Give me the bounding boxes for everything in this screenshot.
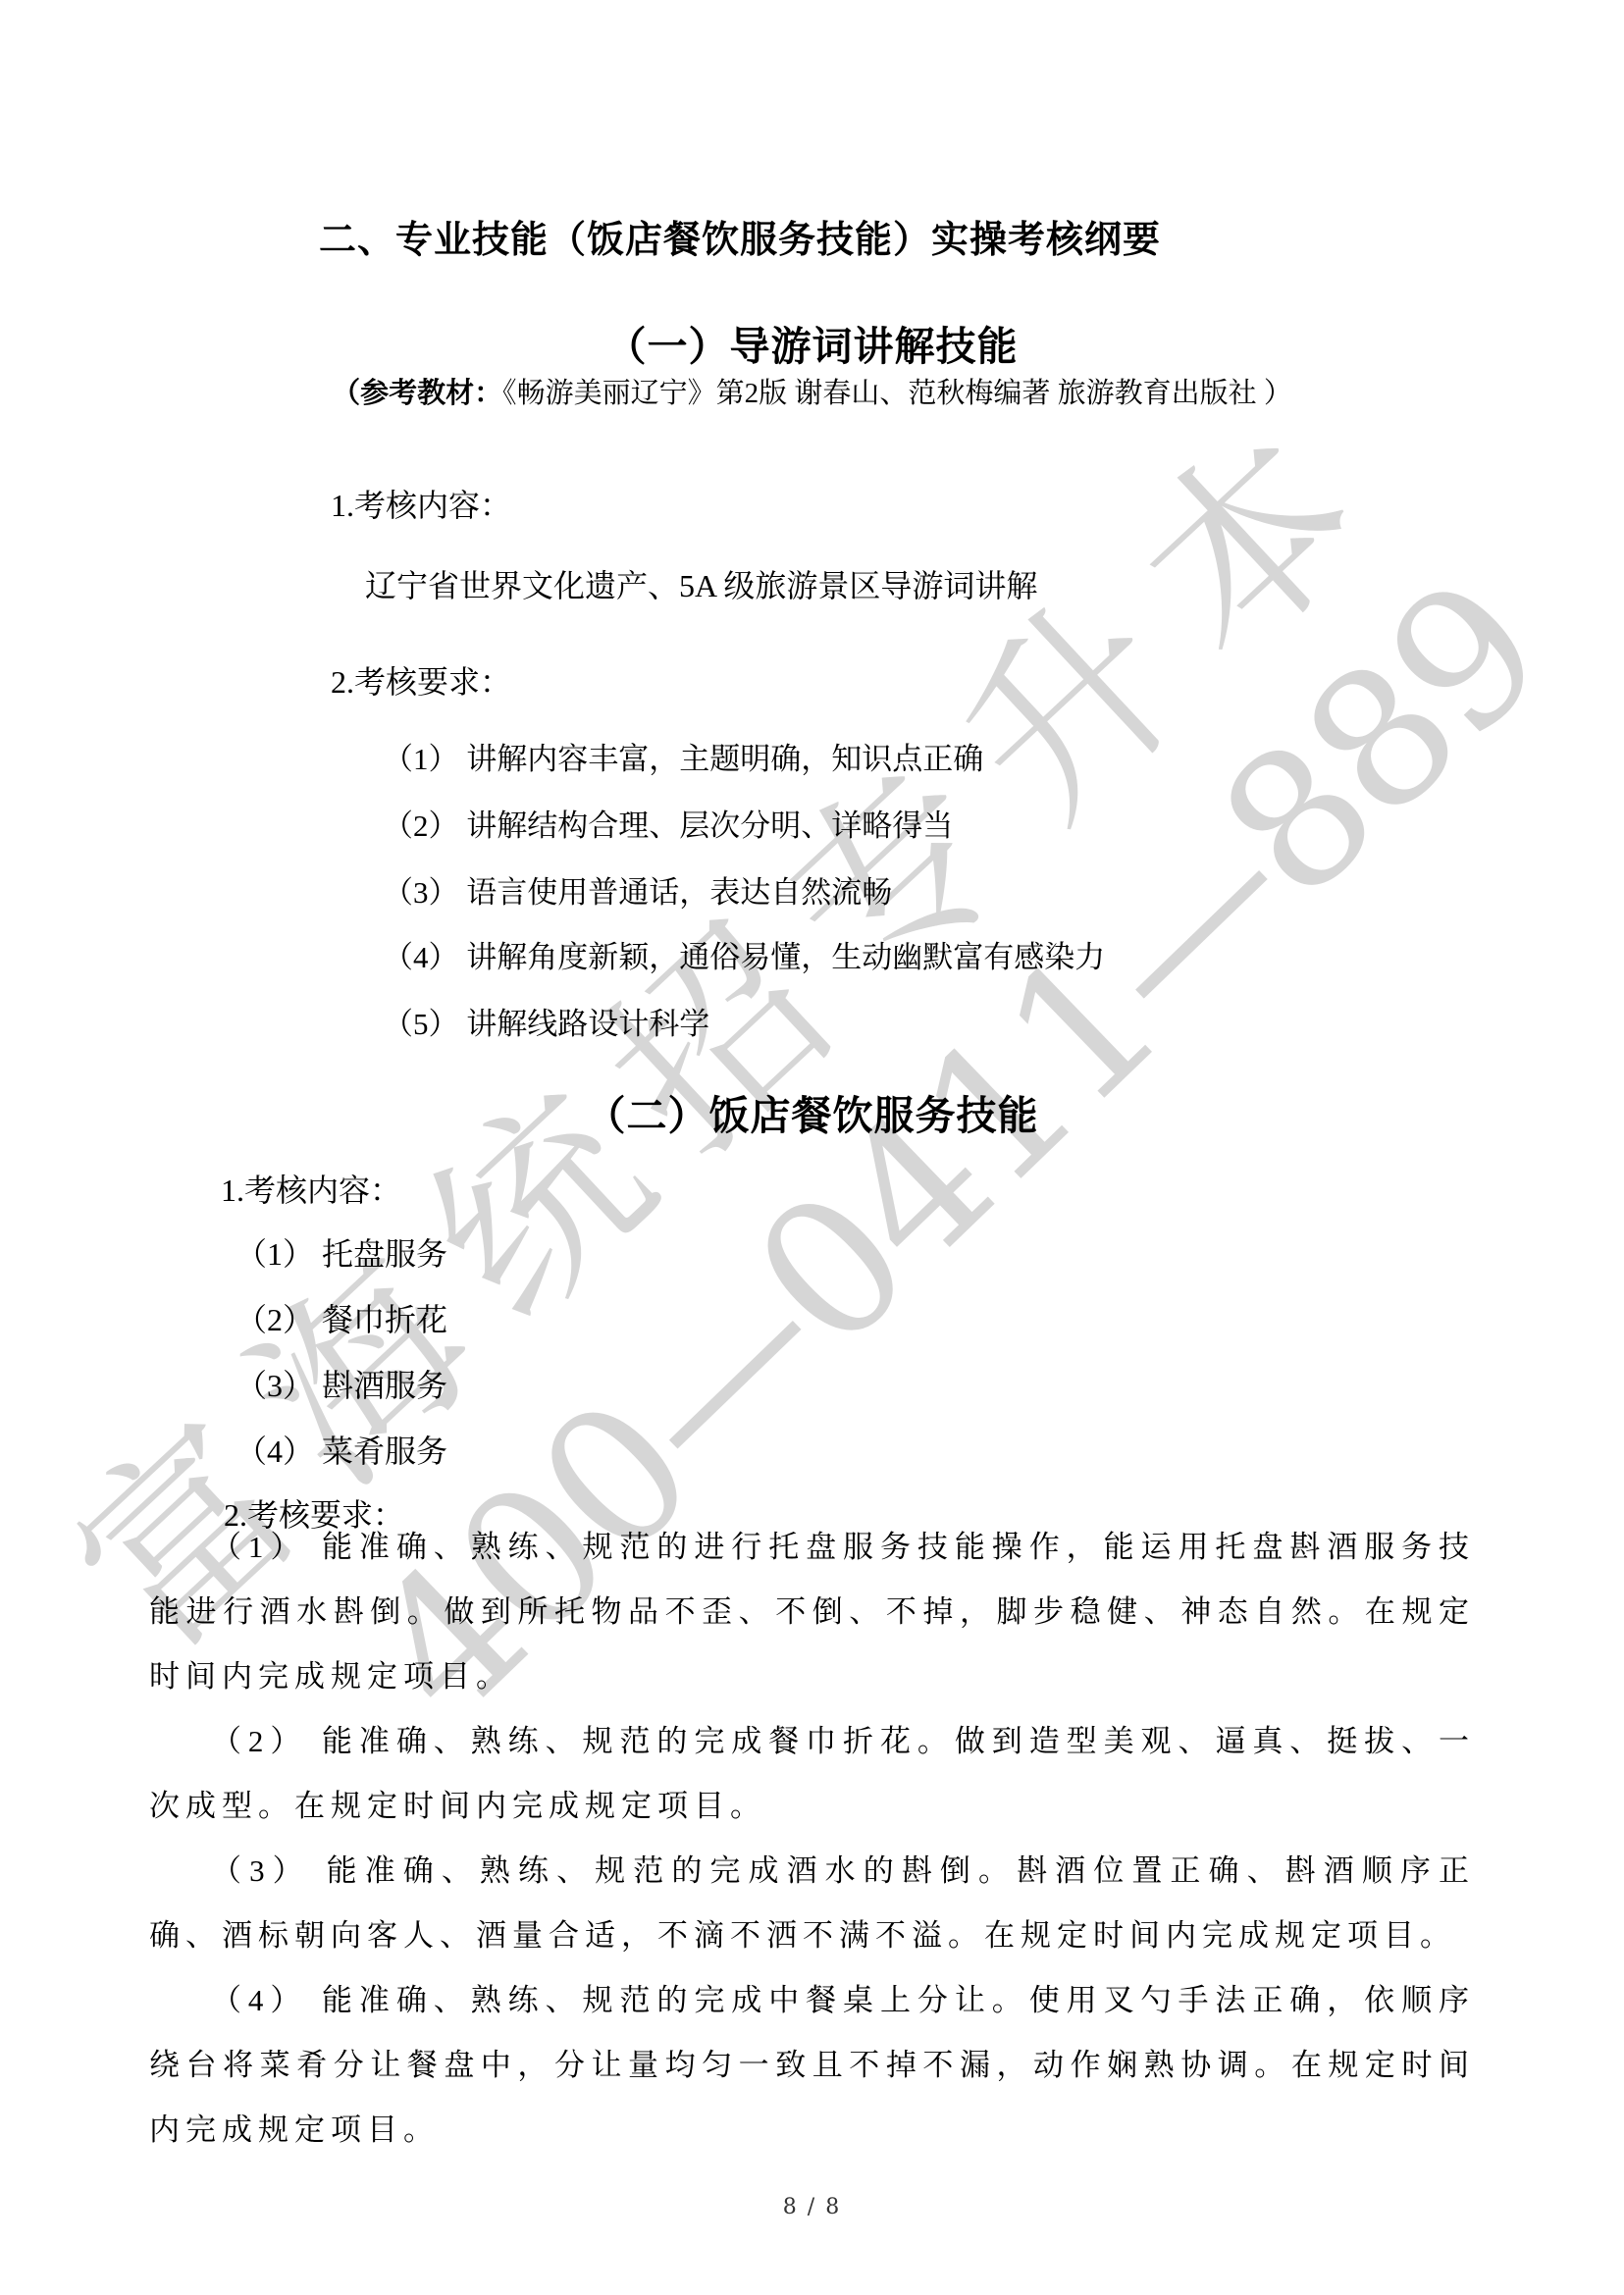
reference-material-label: （参考教材： bbox=[332, 378, 502, 409]
page-number: 8 / 8 bbox=[0, 2195, 1624, 2219]
section2-requirement-paragraph: （3） 能准确、熟练、规范的完成酒水的斟倒。斟酒位置正确、斟酒顺序正确、酒标朝向… bbox=[149, 1839, 1475, 1968]
section1-content-text: 辽宁省世界文化遗产、5A 级旅游景区导游词讲解 bbox=[365, 561, 1037, 606]
section1-heading: （一）导游词讲解技能 bbox=[0, 314, 1624, 372]
reference-material-line: （参考教材：《畅游美丽辽宁》第2版 谢春山、范秋梅编著 旅游教育出版社 ） bbox=[0, 371, 1624, 411]
section2-requirement-paragraph: （4） 能准确、熟练、规范的完成中餐桌上分让。使用叉勺手法正确，依顺序绕台将菜肴… bbox=[149, 1968, 1475, 2163]
section2-requirement-paragraph: （2） 能准确、熟练、规范的完成餐巾折花。做到造型美观、逼真、挺拔、一次成型。在… bbox=[149, 1709, 1475, 1839]
section1-requirements-label: 2.考核要求： bbox=[331, 657, 511, 703]
section2-content-item: （1） 托盘服务 bbox=[236, 1229, 447, 1275]
document-page: 富海统招专升本 400—0411—889 二、专业技能（饭店餐饮服务技能）实操考… bbox=[0, 0, 1624, 2295]
section1-requirement-item: （3） 语言使用普通话，表达自然流畅 bbox=[383, 867, 892, 912]
section2-requirement-paragraph: （1） 能准确、熟练、规范的进行托盘服务技能操作，能运用托盘斟酒服务技能进行酒水… bbox=[149, 1515, 1475, 1709]
section2-content-item: （2） 餐巾折花 bbox=[236, 1295, 447, 1340]
document-content: 二、专业技能（饭店餐饮服务技能）实操考核纲要 （一）导游词讲解技能 （参考教材：… bbox=[0, 0, 1624, 2295]
section1-requirement-item: （1） 讲解内容丰富，主题明确，知识点正确 bbox=[383, 734, 983, 778]
section2-content-item: （3） 斟酒服务 bbox=[236, 1361, 447, 1406]
section1-requirement-item: （5） 讲解线路设计科学 bbox=[383, 999, 709, 1043]
section1-content-label: 1.考核内容： bbox=[331, 481, 511, 526]
document-title: 二、专业技能（饭店餐饮服务技能）实操考核纲要 bbox=[319, 209, 1161, 263]
section1-requirement-item: （4） 讲解角度新颖，通俗易懂，生动幽默富有感染力 bbox=[383, 932, 1105, 976]
section2-content-item: （4） 菜肴服务 bbox=[236, 1427, 447, 1472]
reference-material-text: 《畅游美丽辽宁》第2版 谢春山、范秋梅编著 旅游教育出版社 ） bbox=[502, 378, 1292, 409]
section2-heading: （二）饭店餐饮服务技能 bbox=[0, 1083, 1624, 1141]
section1-requirement-item: （2） 讲解结构合理、层次分明、详略得当 bbox=[383, 801, 953, 845]
section2-content-label: 1.考核内容： bbox=[221, 1166, 401, 1211]
section2-requirements: （1） 能准确、熟练、规范的进行托盘服务技能操作，能运用托盘斟酒服务技能进行酒水… bbox=[149, 1515, 1475, 2163]
